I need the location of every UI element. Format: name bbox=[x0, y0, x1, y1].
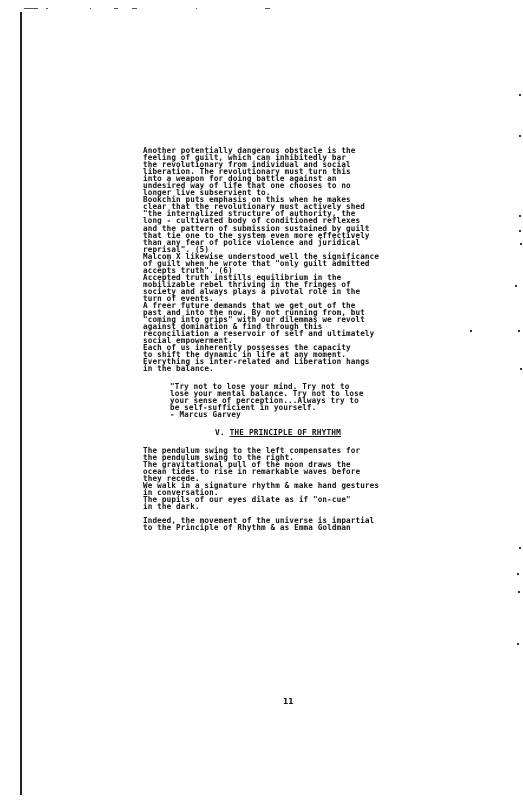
body-paragraphs-bottom: The pendulum swing to the left compensat… bbox=[143, 447, 435, 510]
quote-text: "Try not to lose your mind. Try not tolo… bbox=[170, 383, 432, 411]
section-heading: V. THE PRINCIPLE OF RHYTHM bbox=[215, 429, 435, 436]
scan-speck bbox=[519, 215, 521, 217]
scan-speck bbox=[519, 230, 521, 232]
scan-speck bbox=[518, 330, 520, 332]
paragraph: Each of us inherently possesses the capa… bbox=[143, 344, 435, 372]
paragraph: Indeed, the movement of the universe is … bbox=[143, 517, 435, 531]
left-margin-rule bbox=[20, 12, 22, 795]
paragraph: We walk in a signature rhythm & make han… bbox=[143, 482, 435, 496]
quote-attribution: - Marcus Garvey bbox=[170, 411, 432, 418]
paragraph: Accepted truth instills equilibrium in t… bbox=[143, 274, 435, 302]
page-number: 11 bbox=[283, 697, 293, 706]
paragraph: Bookchin puts emphasis on this when he m… bbox=[143, 196, 435, 252]
scan-speck bbox=[519, 135, 521, 137]
scan-speck bbox=[519, 94, 521, 96]
scan-speck bbox=[517, 573, 519, 575]
body-text-column: Another potentially dangerous obstacle i… bbox=[143, 147, 435, 531]
scan-speck bbox=[520, 368, 522, 370]
quote-block: "Try not to lose your mind. Try not tolo… bbox=[170, 383, 432, 418]
text-line: in the dark. bbox=[143, 503, 435, 510]
body-paragraphs-top: Another potentially dangerous obstacle i… bbox=[143, 147, 435, 373]
scan-artifacts-top bbox=[24, 8, 284, 11]
text-line: in the balance. bbox=[143, 365, 435, 372]
paragraph: Malcom X likewise understood well the si… bbox=[143, 253, 435, 274]
section-title: THE PRINCIPLE OF RHYTHM bbox=[230, 428, 341, 437]
scan-speck bbox=[518, 591, 520, 593]
closing-paragraph: Indeed, the movement of the universe is … bbox=[143, 517, 435, 531]
paragraph: The pendulum swing to the left compensat… bbox=[143, 447, 435, 461]
scan-speck bbox=[519, 547, 521, 549]
paragraph: Another potentially dangerous obstacle i… bbox=[143, 147, 435, 196]
scanned-page: Another potentially dangerous obstacle i… bbox=[0, 0, 523, 809]
scan-speck bbox=[470, 330, 472, 332]
paragraph: The pupils of our eyes dilate as if "on-… bbox=[143, 496, 435, 510]
paragraph: A freer future demands that we get out o… bbox=[143, 302, 435, 344]
section-number: V. bbox=[215, 428, 225, 437]
scan-speck bbox=[515, 285, 517, 287]
paragraph: The gravitational pull of the moon draws… bbox=[143, 461, 435, 482]
text-line: to the Principle of Rhythm & as Emma Gol… bbox=[143, 524, 435, 531]
scan-speck bbox=[517, 643, 519, 645]
scan-speck bbox=[520, 243, 522, 245]
